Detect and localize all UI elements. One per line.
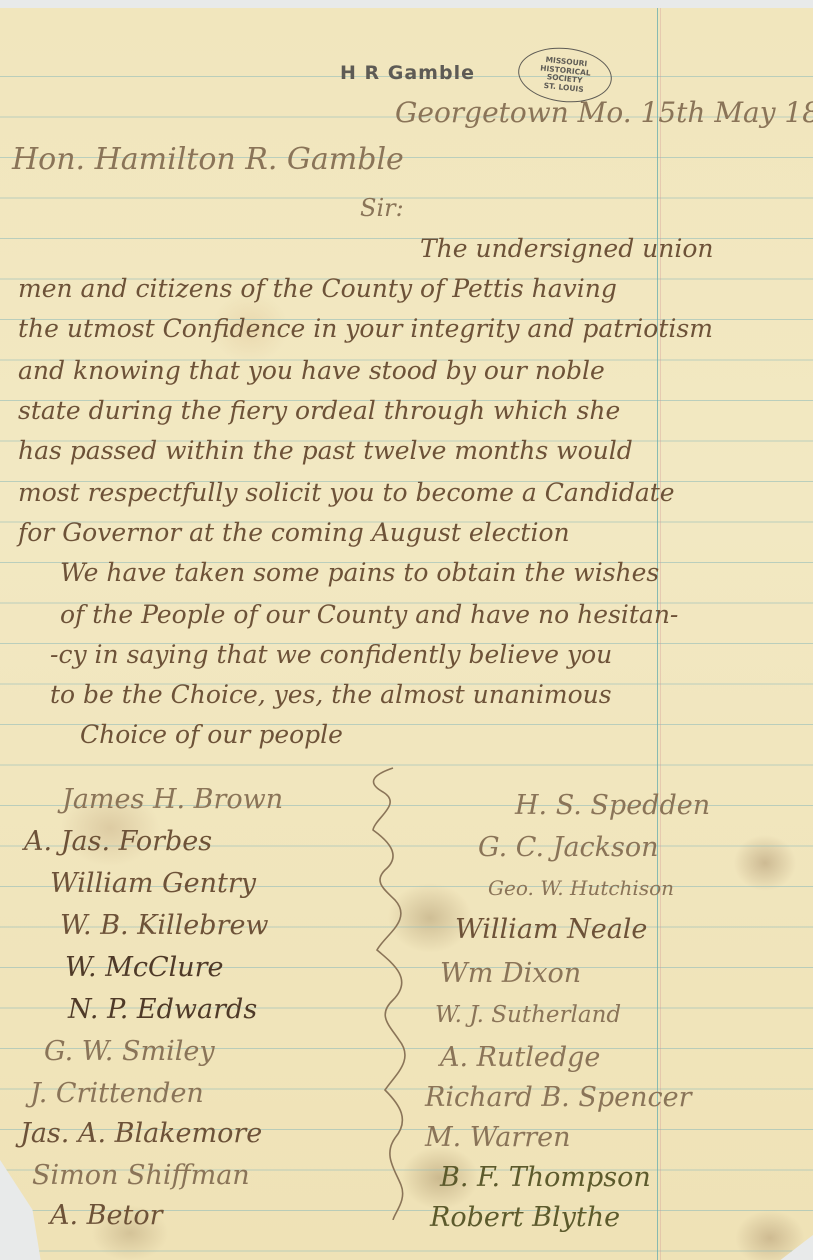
signature: N. P. Edwards (68, 994, 257, 1025)
signature: M. Warren (425, 1122, 571, 1153)
signature: G. C. Jackson (478, 832, 659, 863)
body-line: has passed within the past twelve months… (18, 436, 633, 465)
signature: W. J. Sutherland (435, 1002, 621, 1028)
signature: Wm Dixon (440, 958, 581, 989)
signature: James H. Brown (62, 784, 283, 815)
dateline: Georgetown Mo. 15th May 1862 (395, 96, 813, 129)
signature: J. Crittenden (30, 1078, 204, 1109)
signature: Robert Blythe (430, 1202, 620, 1233)
signature: G. W. Smiley (44, 1036, 215, 1067)
signature: B. F. Thompson (440, 1162, 651, 1193)
margin-line (657, 8, 658, 1260)
body-line: for Governor at the coming August electi… (18, 518, 570, 547)
signature: W. B. Killebrew (60, 910, 269, 941)
signature: Simon Shiffman (32, 1160, 250, 1191)
archive-name-stamp: H R Gamble (340, 62, 475, 84)
body-line: of the People of our County and have no … (60, 600, 678, 629)
signature: Richard B. Spencer (425, 1082, 692, 1113)
margin-line-secondary (660, 8, 661, 1260)
body-line: and knowing that you have stood by our n… (18, 356, 605, 385)
body-line: most respectfully solicit you to become … (18, 478, 675, 507)
body-line: The undersigned union (420, 234, 714, 263)
body-line: the utmost Confidence in your integrity … (18, 314, 713, 343)
body-line: Choice of our people (80, 720, 343, 749)
signature: William Gentry (50, 868, 256, 899)
addressee: Hon. Hamilton R. Gamble (12, 142, 404, 177)
signature: A. Jas. Forbes (24, 826, 212, 857)
signature: H. S. Spedden (515, 790, 710, 821)
signature: A. Rutledge (440, 1042, 600, 1073)
signature: Jas. A. Blakemore (20, 1118, 262, 1149)
signature: W. McClure (65, 952, 224, 983)
letter-page: H R Gamble MISSOURI HISTORICAL SOCIETY S… (0, 8, 813, 1260)
signature: A. Betor (50, 1200, 163, 1231)
signature: Geo. W. Hutchison (488, 876, 674, 900)
body-line: We have taken some pains to obtain the w… (60, 558, 659, 587)
body-line: state during the fiery ordeal through wh… (18, 396, 620, 425)
salutation: Sir: (360, 194, 404, 222)
body-line: to be the Choice, yes, the almost unanim… (50, 680, 612, 709)
body-line: men and citizens of the County of Pettis… (18, 274, 617, 303)
signature: William Neale (455, 914, 647, 945)
signature-brace (355, 760, 415, 1220)
body-line: -cy in saying that we confidently believ… (50, 640, 612, 669)
